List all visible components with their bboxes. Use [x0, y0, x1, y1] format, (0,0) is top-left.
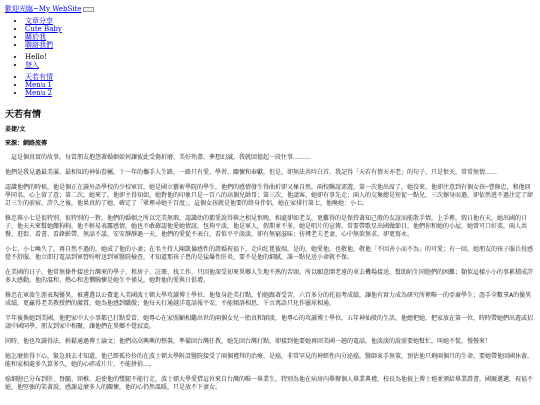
nav-link-contact[interactable]: 聯絡我們: [25, 41, 53, 49]
main-nav-item: 關於我: [25, 33, 535, 41]
sub-nav-item: 天若有情: [25, 73, 535, 81]
nav-link-about[interactable]: 關於我: [25, 33, 46, 41]
sub-nav-item: Menu 2: [25, 89, 535, 97]
nav-link-articles[interactable]: 文章分享: [25, 17, 53, 25]
site-header: 歡迎光臨~My WebSite: [5, 4, 535, 13]
article-source: 來源：網路流傳: [5, 140, 535, 148]
site-title-row: 歡迎光臨~My WebSite: [5, 4, 535, 13]
article-paragraph: 修忠與小七是很特別、很特別的一對，他們的婚姻之所以完美無瑕，認識幼的都愛說得與之…: [5, 215, 535, 239]
article-paragraph: 半年後換她到美國，他把家中大小事都已打點妥當，她專心在家照顧相繼出世的兩個女兒一…: [5, 315, 535, 331]
site-title-link[interactable]: 歡迎光臨~My WebSite: [5, 5, 81, 13]
sub-nav-link-tian-ruo-you-qing[interactable]: 天若有情: [25, 73, 53, 81]
sub-nav: 天若有情 Menu 1 Menu 2: [5, 73, 535, 97]
article-paragraph: 修忠在軍旅生涯表現優異，被遴選以公費進入美國波士頓大學攻讀博士學位，他隻身赴美打…: [5, 292, 535, 308]
broken-image-icon: [83, 7, 94, 12]
sub-nav-item: Menu 1: [25, 81, 535, 89]
article-paragraph: 癌細胞已分布到肝、脊髓、頸椎，迫使他的雙腿不能行走，波士頓大學愛惜這位來自台灣的…: [5, 376, 535, 392]
main-nav-item: 聯絡我們: [25, 41, 535, 49]
login-link[interactable]: 登入: [25, 61, 39, 69]
article-author: 姜捷/文: [5, 126, 535, 134]
article-paragraph: 認識他們的時候，他是個正在讀外語學校的少校軍官，她是國立藝術學院的學生，他們的感…: [5, 184, 535, 208]
main-nav-item: Cute Baby: [25, 25, 535, 33]
main-nav: 文章分享 Cute Baby 關於我 聯絡我們: [5, 17, 535, 49]
user-greeting: Hello!: [25, 53, 535, 61]
article-title: 天若有情: [5, 110, 535, 120]
article-paragraph: 在美國的日子，他常無條件接送台灣來的學子，租房子、註冊、找工作，只因他深受初來異…: [5, 269, 535, 285]
main-nav-item: 文章分享: [25, 17, 535, 25]
sub-nav-link-menu-1[interactable]: Menu 1: [25, 81, 52, 89]
article-paragraph: 小七、小七喚久了，再自然不過的，她成了他的小妻；在名主持人陳凱倫感性的證婚祝福下…: [5, 246, 535, 262]
article-paragraph: 她怎麼捨得下心，緊急飛去才知道，他已經孤伶伶的在波士頓大學附設醫院接受了兩個禮拜…: [5, 353, 535, 369]
article-paragraph: 同時，他也攻讀得法，輕鬆通過博士論文；他們高高興興的整裝，準備回台灣任教，她先回…: [5, 338, 535, 346]
user-menu-item: 登入: [25, 61, 535, 69]
sub-nav-link-menu-2[interactable]: Menu 2: [25, 89, 52, 97]
article: 天若有情 姜捷/文 來源：網路流傳 這是個真實的故事，每當朋友抱怨著婚姻如何讓彼…: [5, 110, 535, 392]
article-paragraph: 這是個真實的故事，每當朋友抱怨著婚姻如何讓彼此受傷折磨、美好殆盡、夢想幻滅，我就…: [5, 154, 535, 162]
article-paragraph: 他們是我見過最美滿、最相知的神仙眷屬，十一年的攜手人生路，一路只有愛、學習、關懷…: [5, 169, 535, 177]
nav-link-cute-baby[interactable]: Cute Baby: [25, 25, 62, 33]
user-menu: Hello! 登入: [5, 53, 535, 69]
